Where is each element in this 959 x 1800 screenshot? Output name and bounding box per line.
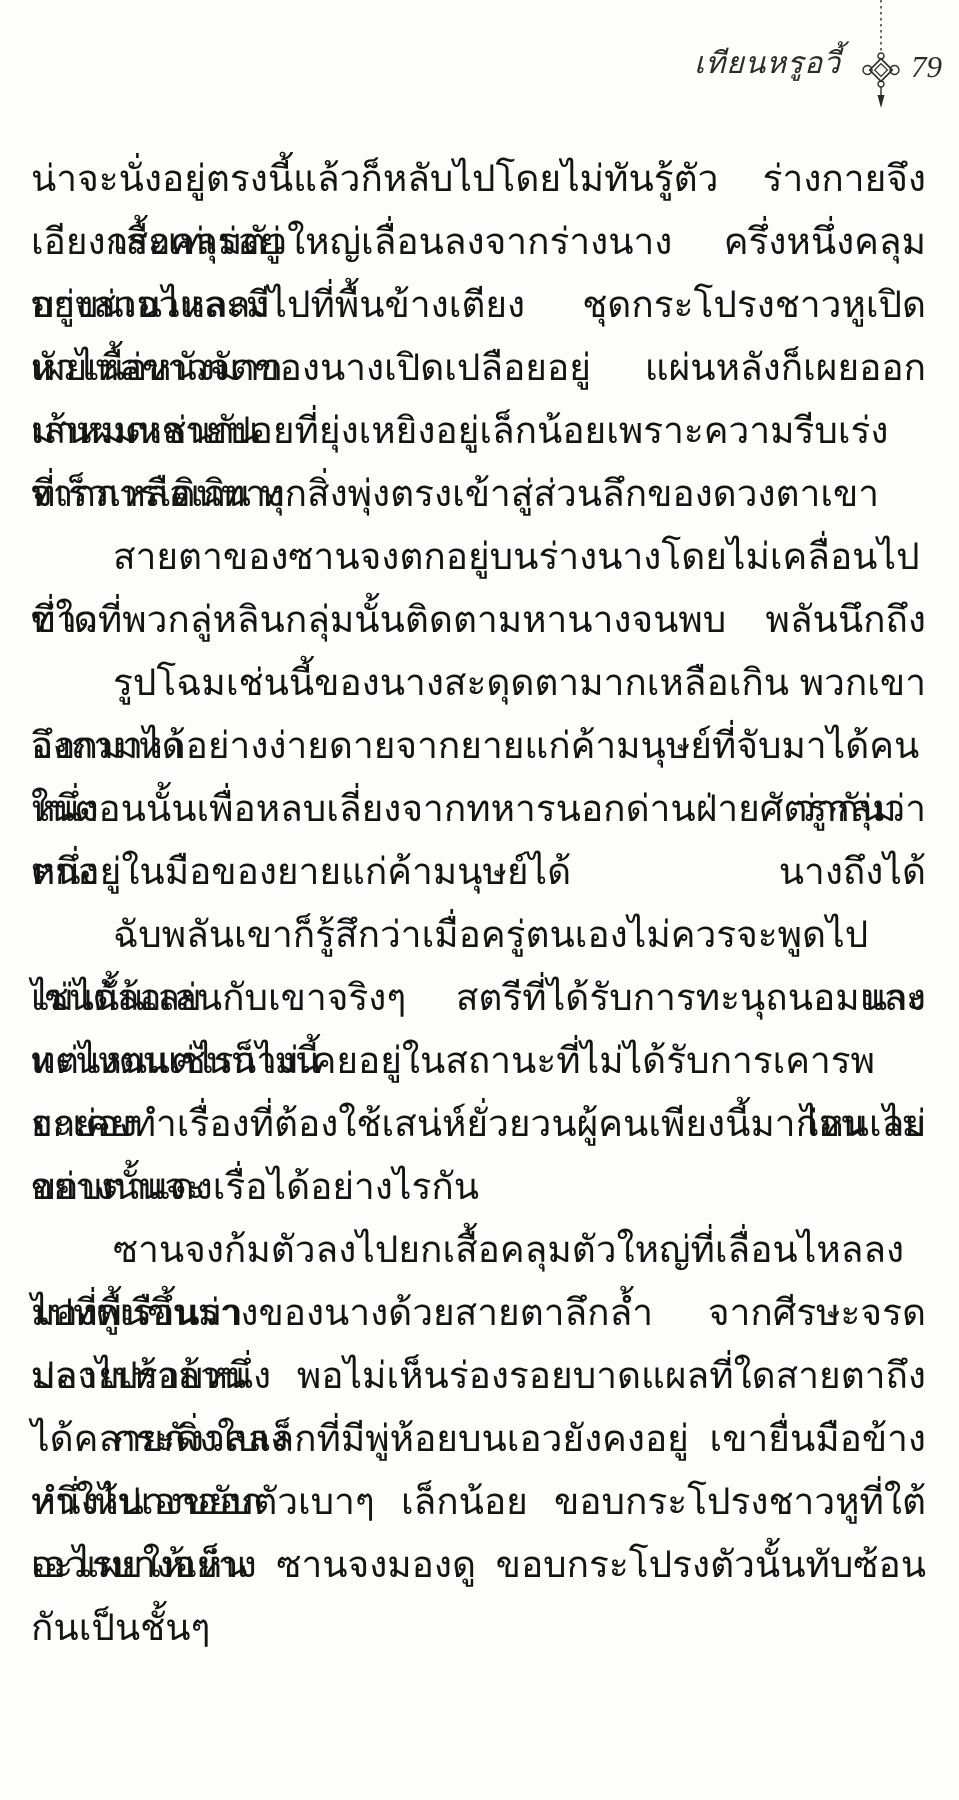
text-line: สายตาของซานจงตกอยู่บนร่างนางโดยไม่เคลื่อ…	[31, 526, 926, 589]
text-line: มองไปรอบหนึ่ง พอไม่เห็นร่องรอยบาดแผลที่ใ…	[31, 1345, 926, 1408]
text-line: หัวไหล่ขาวจัดของนางเปิดเปลือยอยู่ แผ่นหล…	[31, 337, 926, 400]
body-text: น่าจะนั่งอยู่ตรงนี้แล้วก็หลับไปโดยไม่ทัน…	[31, 148, 926, 1597]
text-line: อะไรบางอย่าง ซานจงมองดู ขอบกระโปรงตัวนั้…	[31, 1534, 926, 1597]
text-line: มองดูเรือนร่างของนางด้วยสายตาลึกล้ำ จากศ…	[31, 1282, 926, 1345]
text-line: น่าจะนั่งอยู่ตรงนี้แล้วก็หลับไปโดยไม่ทัน…	[31, 148, 926, 211]
text-line: ที่เร็วเหลือเกิน ทุกสิ่งพุ่งตรงเข้าสู่ส่…	[31, 463, 926, 526]
text-line: แต่ไหนแต่ไรก็ไม่เคยอยู่ในสถานะที่ไม่ได้ร…	[31, 1030, 926, 1093]
text-line: ทำให้นางขยับตัวเบาๆ เล็กน้อย ขอบกระโปรงช…	[31, 1471, 926, 1534]
text-line: เสื้อคลุมตัวใหญ่เลื่อนลงจากร่างนาง ครึ่ง…	[31, 211, 926, 274]
text-line: จะเคยทำเรื่องที่ต้องใช้เสน่ห์ยั่วยวนผู้ค…	[31, 1093, 926, 1156]
text-line: เส้นผมหลายปอยที่ยุ่งเหยิงอยู่เล็กน้อยเพร…	[31, 400, 926, 463]
running-head-title: เทียนหรูอวี้	[694, 44, 841, 84]
text-line: ในตอนนั้นเพื่อหลบเลี่ยงจากทหารนอกด่านฝ่า…	[31, 778, 926, 841]
text-line: ไม่ได้ล้อเล่นกับเขาจริงๆ สตรีที่ได้รับกา…	[31, 967, 926, 1030]
text-line: กระดิ่งใบเล็กที่มีพู่ห้อยบนเอวยังคงอยู่ …	[31, 1408, 926, 1471]
chinese-knot-tassel-icon	[859, 0, 903, 114]
text-line: ขอบตาแดงเรื่อได้อย่างไรกัน	[31, 1156, 926, 1219]
text-line: ซานจงก้มตัวลงไปยกเสื้อคลุมตัวใหญ่ที่เลื่…	[31, 1219, 926, 1282]
text-line: ออกมาได้อย่างง่ายดายจากยายแก่ค้ามนุษย์ที…	[31, 715, 926, 778]
page-number: 79	[911, 48, 942, 86]
book-page: เทียนหรูอวี้ 79 น่าจะนั่งอยู่ตรงนี้แล้วก…	[0, 0, 959, 1800]
text-line: บางส่วนไหลลงไปที่พื้นข้างเตียง ชุดกระโปร…	[31, 274, 926, 337]
text-line: รูปโฉมเช่นนี้ของนางสะดุดตามากเหลือเกิน พ…	[31, 652, 926, 715]
text-line: ฉับพลันเขาก็รู้สึกว่าเมื่อครู่ตนเองไม่คว…	[31, 904, 926, 967]
